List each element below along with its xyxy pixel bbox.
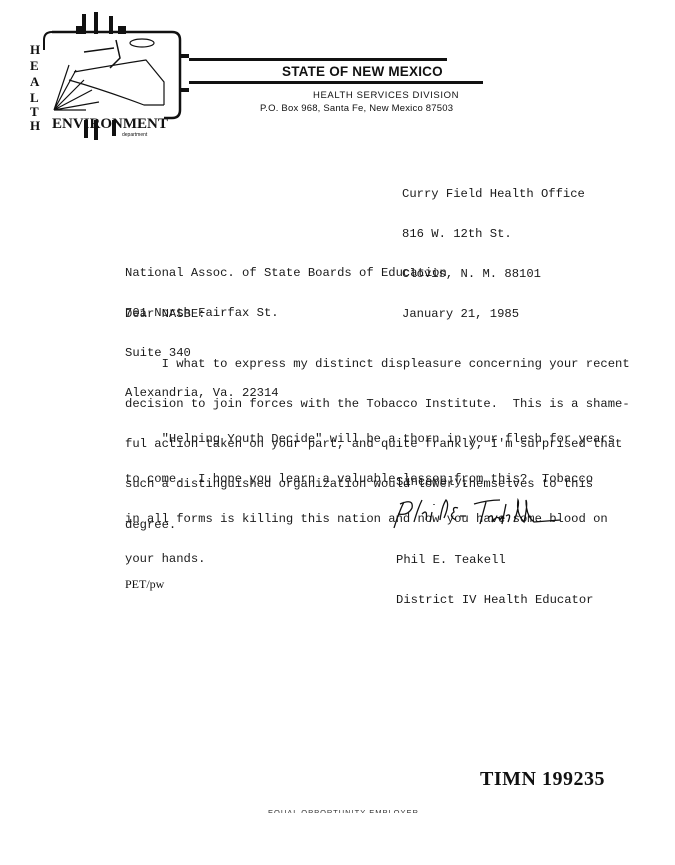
body-line: I what to express my distinct displeasur… (125, 358, 630, 371)
health-environment-logo-icon: H E A L T H ENVIRONMENT department (14, 10, 189, 140)
svg-text:A: A (30, 74, 40, 89)
document-id: TIMN 199235 (480, 768, 605, 791)
recipient-line: National Assoc. of State Boards of Educa… (125, 267, 447, 280)
closing: Sincerely, (396, 476, 469, 489)
division-name: HEALTH SERVICES DIVISION (313, 90, 459, 101)
signer-block: Phil E. Teakell District IV Health Educa… (396, 527, 593, 621)
office-line: Curry Field Health Office (402, 188, 585, 201)
signer-name: Phil E. Teakell (396, 554, 593, 567)
letterhead-rule-bottom (189, 81, 483, 84)
letterhead-address: P.O. Box 968, Santa Fe, New Mexico 87503 (260, 103, 453, 114)
typist-initials: PET/pw (125, 577, 164, 592)
state-title: STATE OF NEW MEXICO (282, 64, 443, 79)
footer-equal-opportunity: EQUAL OPPORTUNITY EMPLOYER (268, 808, 419, 817)
salutation: Dear NASBE: (125, 308, 205, 321)
letterhead-rule-top (189, 58, 447, 61)
svg-text:T: T (30, 104, 39, 119)
svg-text:ENVIRONMENT: ENVIRONMENT (52, 116, 168, 132)
body-line: to come. I hope you learn a valuable les… (125, 473, 615, 486)
svg-text:E: E (30, 58, 39, 73)
signer-title: District IV Health Educator (396, 594, 593, 607)
svg-text:H: H (30, 118, 40, 133)
body-line: "Helping Youth Decide" will be a thorn i… (125, 433, 615, 446)
svg-text:L: L (30, 90, 39, 105)
svg-text:department: department (122, 132, 148, 138)
svg-text:H: H (30, 42, 40, 57)
